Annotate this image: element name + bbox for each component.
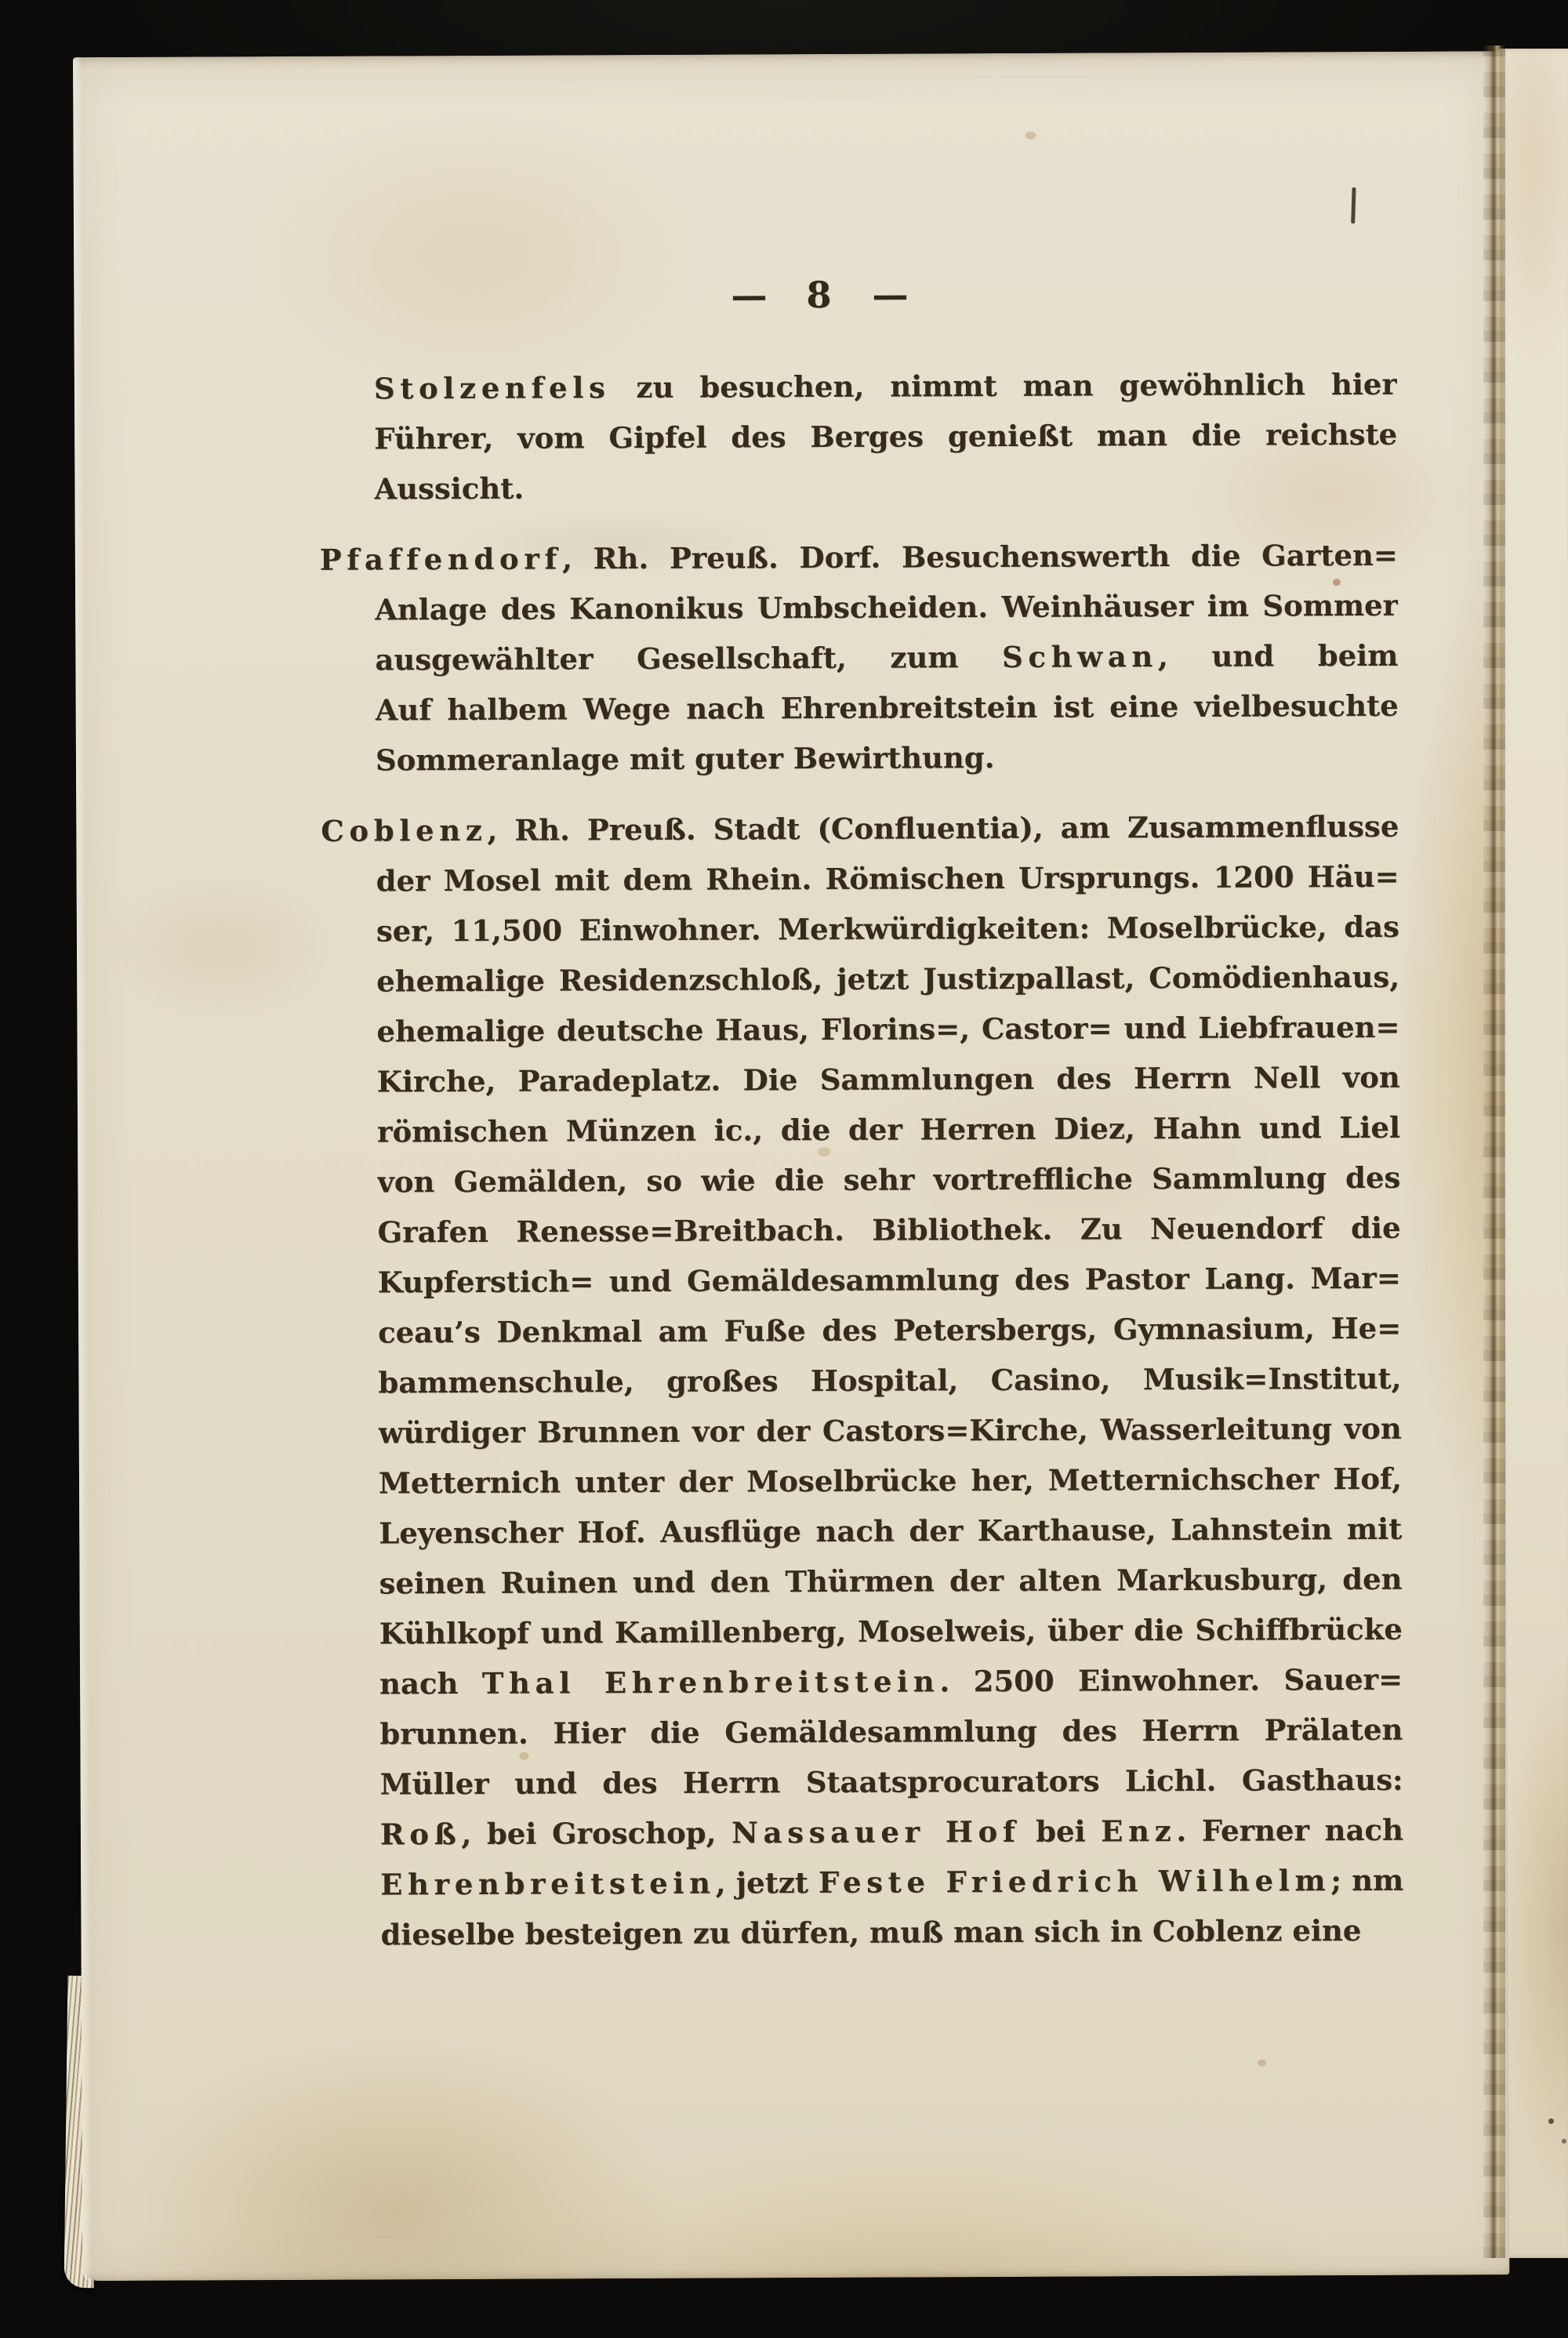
spaced-word: Schwan — [1002, 639, 1158, 674]
text-run: , Rh. Preuß. Dorf. Besuchenswerth die Ga… — [562, 538, 1398, 576]
text-line: nach Thal Ehrenbreitstein. 2500 Einwohne… — [379, 1654, 1403, 1709]
text-run: bei — [1020, 1813, 1101, 1848]
spaced-word: Feste Friedrich Wilhelm — [818, 1863, 1330, 1900]
text-line: Kirche, Paradeplatz. Die Sammlungen des … — [377, 1052, 1400, 1107]
text-line: brunnen. Hier die Gemäldesammlung des He… — [379, 1704, 1403, 1759]
text-line: Pfaffendorf, Rh. Preuß. Dorf. Besuchensw… — [320, 530, 1398, 585]
text-run: ehemalige Residenzschloß, jetzt Justizpa… — [376, 960, 1399, 999]
text-line: seinen Ruinen und den Thürmen der alten … — [379, 1554, 1402, 1609]
text-run: Kühlkopf und Kamillenberg, Moselweis, üb… — [379, 1612, 1403, 1651]
text-line: Kühlkopf und Kamillenberg, Moselweis, üb… — [379, 1604, 1403, 1659]
text-line: der Mosel mit dem Rhein. Römischen Urspr… — [376, 851, 1399, 906]
text-line: bammenschule, großes Hospital, Casino, M… — [378, 1353, 1401, 1408]
text-line: Grafen Renesse=Breitbach. Bibliothek. Zu… — [377, 1203, 1400, 1258]
paragraph: Stolzenfels zu besuchen, nimmt man gewöh… — [374, 359, 1398, 514]
foxing-speck — [1025, 132, 1036, 140]
text-run: Aussicht. — [374, 471, 524, 506]
text-run: , bei Groschop, — [461, 1816, 731, 1852]
text-run: der Mosel mit dem Rhein. Römischen Urspr… — [376, 859, 1399, 899]
foxing-speck — [1333, 579, 1341, 586]
text-run: würdiger Brunnen vor der Castors=Kirche,… — [379, 1411, 1402, 1450]
text-run: . Ferner nach — [1176, 1813, 1403, 1848]
next-page-edge — [1499, 49, 1568, 2258]
text-run: Führer, vom Gipfel des Berges genießt ma… — [374, 417, 1397, 456]
text-line: Leyenscher Hof. Ausflüge nach der Kartha… — [379, 1504, 1402, 1559]
text-line: ser, 11,500 Einwohner. Merkwürdigkeiten:… — [376, 902, 1399, 957]
spaced-word: Ehrenbreitstein — [380, 1866, 716, 1902]
text-run: seinen Ruinen und den Thürmen der alten … — [379, 1562, 1402, 1601]
foxing-speck — [818, 1147, 830, 1156]
text-run: , jetzt — [716, 1865, 819, 1901]
book-photo: —8— Stolzenfels zu besuchen, nimmt man g… — [0, 0, 1568, 2338]
text-line: Stolzenfels zu besuchen, nimmt man gewöh… — [374, 359, 1397, 414]
paragraph: Pfaffendorf, Rh. Preuß. Dorf. Besuchensw… — [375, 530, 1399, 786]
text-run: brunnen. Hier die Gemäldesammlung des He… — [379, 1712, 1403, 1752]
text-run: . 2500 Einwohner. Sauer= — [939, 1662, 1403, 1699]
spaced-word: Enz — [1101, 1813, 1176, 1848]
text-run: Auf halbem Wege nach Ehrenbreitstein ist… — [376, 688, 1399, 735]
text-run: Kirche, Paradeplatz. Die Sammlungen des … — [377, 1060, 1400, 1099]
text-line: römischen Münzen ic., die der Herren Die… — [377, 1102, 1400, 1157]
text-line: Führer, vom Gipfel des Berges genießt ma… — [374, 409, 1397, 464]
text-line: ausgewählter Gesellschaft, zum Schwan, u… — [375, 630, 1398, 685]
spaced-word: Nassauer Hof — [731, 1814, 1021, 1850]
text-run: Metternich unter der Moselbrücke her, Me… — [379, 1461, 1402, 1501]
paragraph: Coblenz, Rh. Preuß. Stadt (Confluentia),… — [376, 801, 1403, 1960]
foxing-speck — [1258, 2060, 1266, 2067]
text-run: ceau’s Denkmal am Fuße des Petersbergs, … — [378, 1311, 1401, 1350]
text-run: , Rh. Preuß. Stadt (Confluentia), am Zus… — [487, 809, 1399, 848]
foxing-speck — [1548, 2118, 1554, 2124]
text-run: Anlage des Kanonikus Umbscheiden. Weinhä… — [375, 588, 1398, 635]
text-run: bammenschule, großes Hospital, Casino, M… — [378, 1361, 1401, 1408]
text-run: nach — [379, 1666, 482, 1701]
spaced-word: Thal Ehrenbreitstein — [482, 1664, 940, 1701]
text-line: Auf halbem Wege nach Ehrenbreitstein ist… — [376, 681, 1399, 735]
folio-number: 8 — [806, 274, 831, 316]
text-run: ausgewählter Gesellschaft, zum — [375, 640, 1002, 677]
page-fore-edge — [1483, 45, 1505, 2258]
foxing-speck — [1562, 2139, 1566, 2144]
text-line: Kupferstich= und Gemäldesammlung des Pas… — [378, 1253, 1401, 1308]
text-line: Coblenz, Rh. Preuß. Stadt (Confluentia),… — [321, 801, 1399, 856]
page-number: —8— — [583, 273, 1054, 318]
text-line: Aussicht. — [374, 459, 1397, 514]
text-run: ser, 11,500 Einwohner. Merkwürdigkeiten:… — [376, 909, 1399, 949]
ink-mark — [1351, 187, 1356, 223]
text-run: ehemalige deutsche Haus, Florins=, Casto… — [376, 1010, 1399, 1049]
spaced-word: Coblenz — [321, 813, 487, 848]
text-line: Metternich unter der Moselbrücke her, Me… — [379, 1454, 1402, 1508]
foxing-speck — [519, 1752, 528, 1760]
text-line: dieselbe besteigen zu dürfen, muß man si… — [380, 1905, 1403, 1960]
spaced-word: Pfaffendorf — [320, 541, 562, 576]
folio-dash-right: — — [872, 274, 906, 316]
text-run: römischen Münzen ic., die der Herren Die… — [377, 1110, 1400, 1149]
folio-dash-left: — — [731, 274, 765, 316]
text-run: Grafen Renesse=Breitbach. Bibliothek. Zu… — [378, 1211, 1401, 1250]
book-page: —8— Stolzenfels zu besuchen, nimmt man g… — [73, 51, 1509, 2281]
text-run: Müller und des Herrn Staatsprocurators L… — [380, 1763, 1403, 1802]
text-line: Sommeranlage mit guter Bewirthung. — [376, 731, 1399, 786]
text-run: Kupferstich= und Gemäldesammlung des Pas… — [378, 1261, 1401, 1300]
spaced-word: Stolzenfels — [374, 370, 611, 405]
text-line: würdiger Brunnen vor der Castors=Kirche,… — [379, 1403, 1402, 1458]
text-run: dieselbe besteigen zu dürfen, muß man si… — [380, 1913, 1361, 1951]
text-run: Sommeranlage mit guter Bewirthung. — [376, 740, 995, 777]
spaced-word: Roß — [380, 1817, 462, 1851]
text-line: Anlage des Kanonikus Umbscheiden. Weinhä… — [375, 580, 1398, 635]
text-line: von Gemälden, so wie die sehr vortreffli… — [377, 1153, 1400, 1207]
text-line: ceau’s Denkmal am Fuße des Petersbergs, … — [378, 1303, 1401, 1358]
text-line: Müller und des Herrn Staatsprocurators L… — [380, 1755, 1403, 1810]
text-line: Roß, bei Groschop, Nassauer Hof bei Enz.… — [380, 1805, 1403, 1860]
text-run: ; nm — [1330, 1863, 1403, 1897]
text-run: Leyenscher Hof. Ausflüge nach der Kartha… — [379, 1512, 1402, 1551]
text-run: von Gemälden, so wie die sehr vortreffli… — [377, 1160, 1400, 1200]
text-block: Stolzenfels zu besuchen, nimmt man gewöh… — [374, 359, 1404, 1980]
text-line: ehemalige Residenzschloß, jetzt Justizpa… — [376, 952, 1399, 1007]
text-line: Ehrenbreitstein, jetzt Feste Friedrich W… — [380, 1855, 1403, 1910]
text-line: ehemalige deutsche Haus, Florins=, Casto… — [376, 1002, 1399, 1057]
